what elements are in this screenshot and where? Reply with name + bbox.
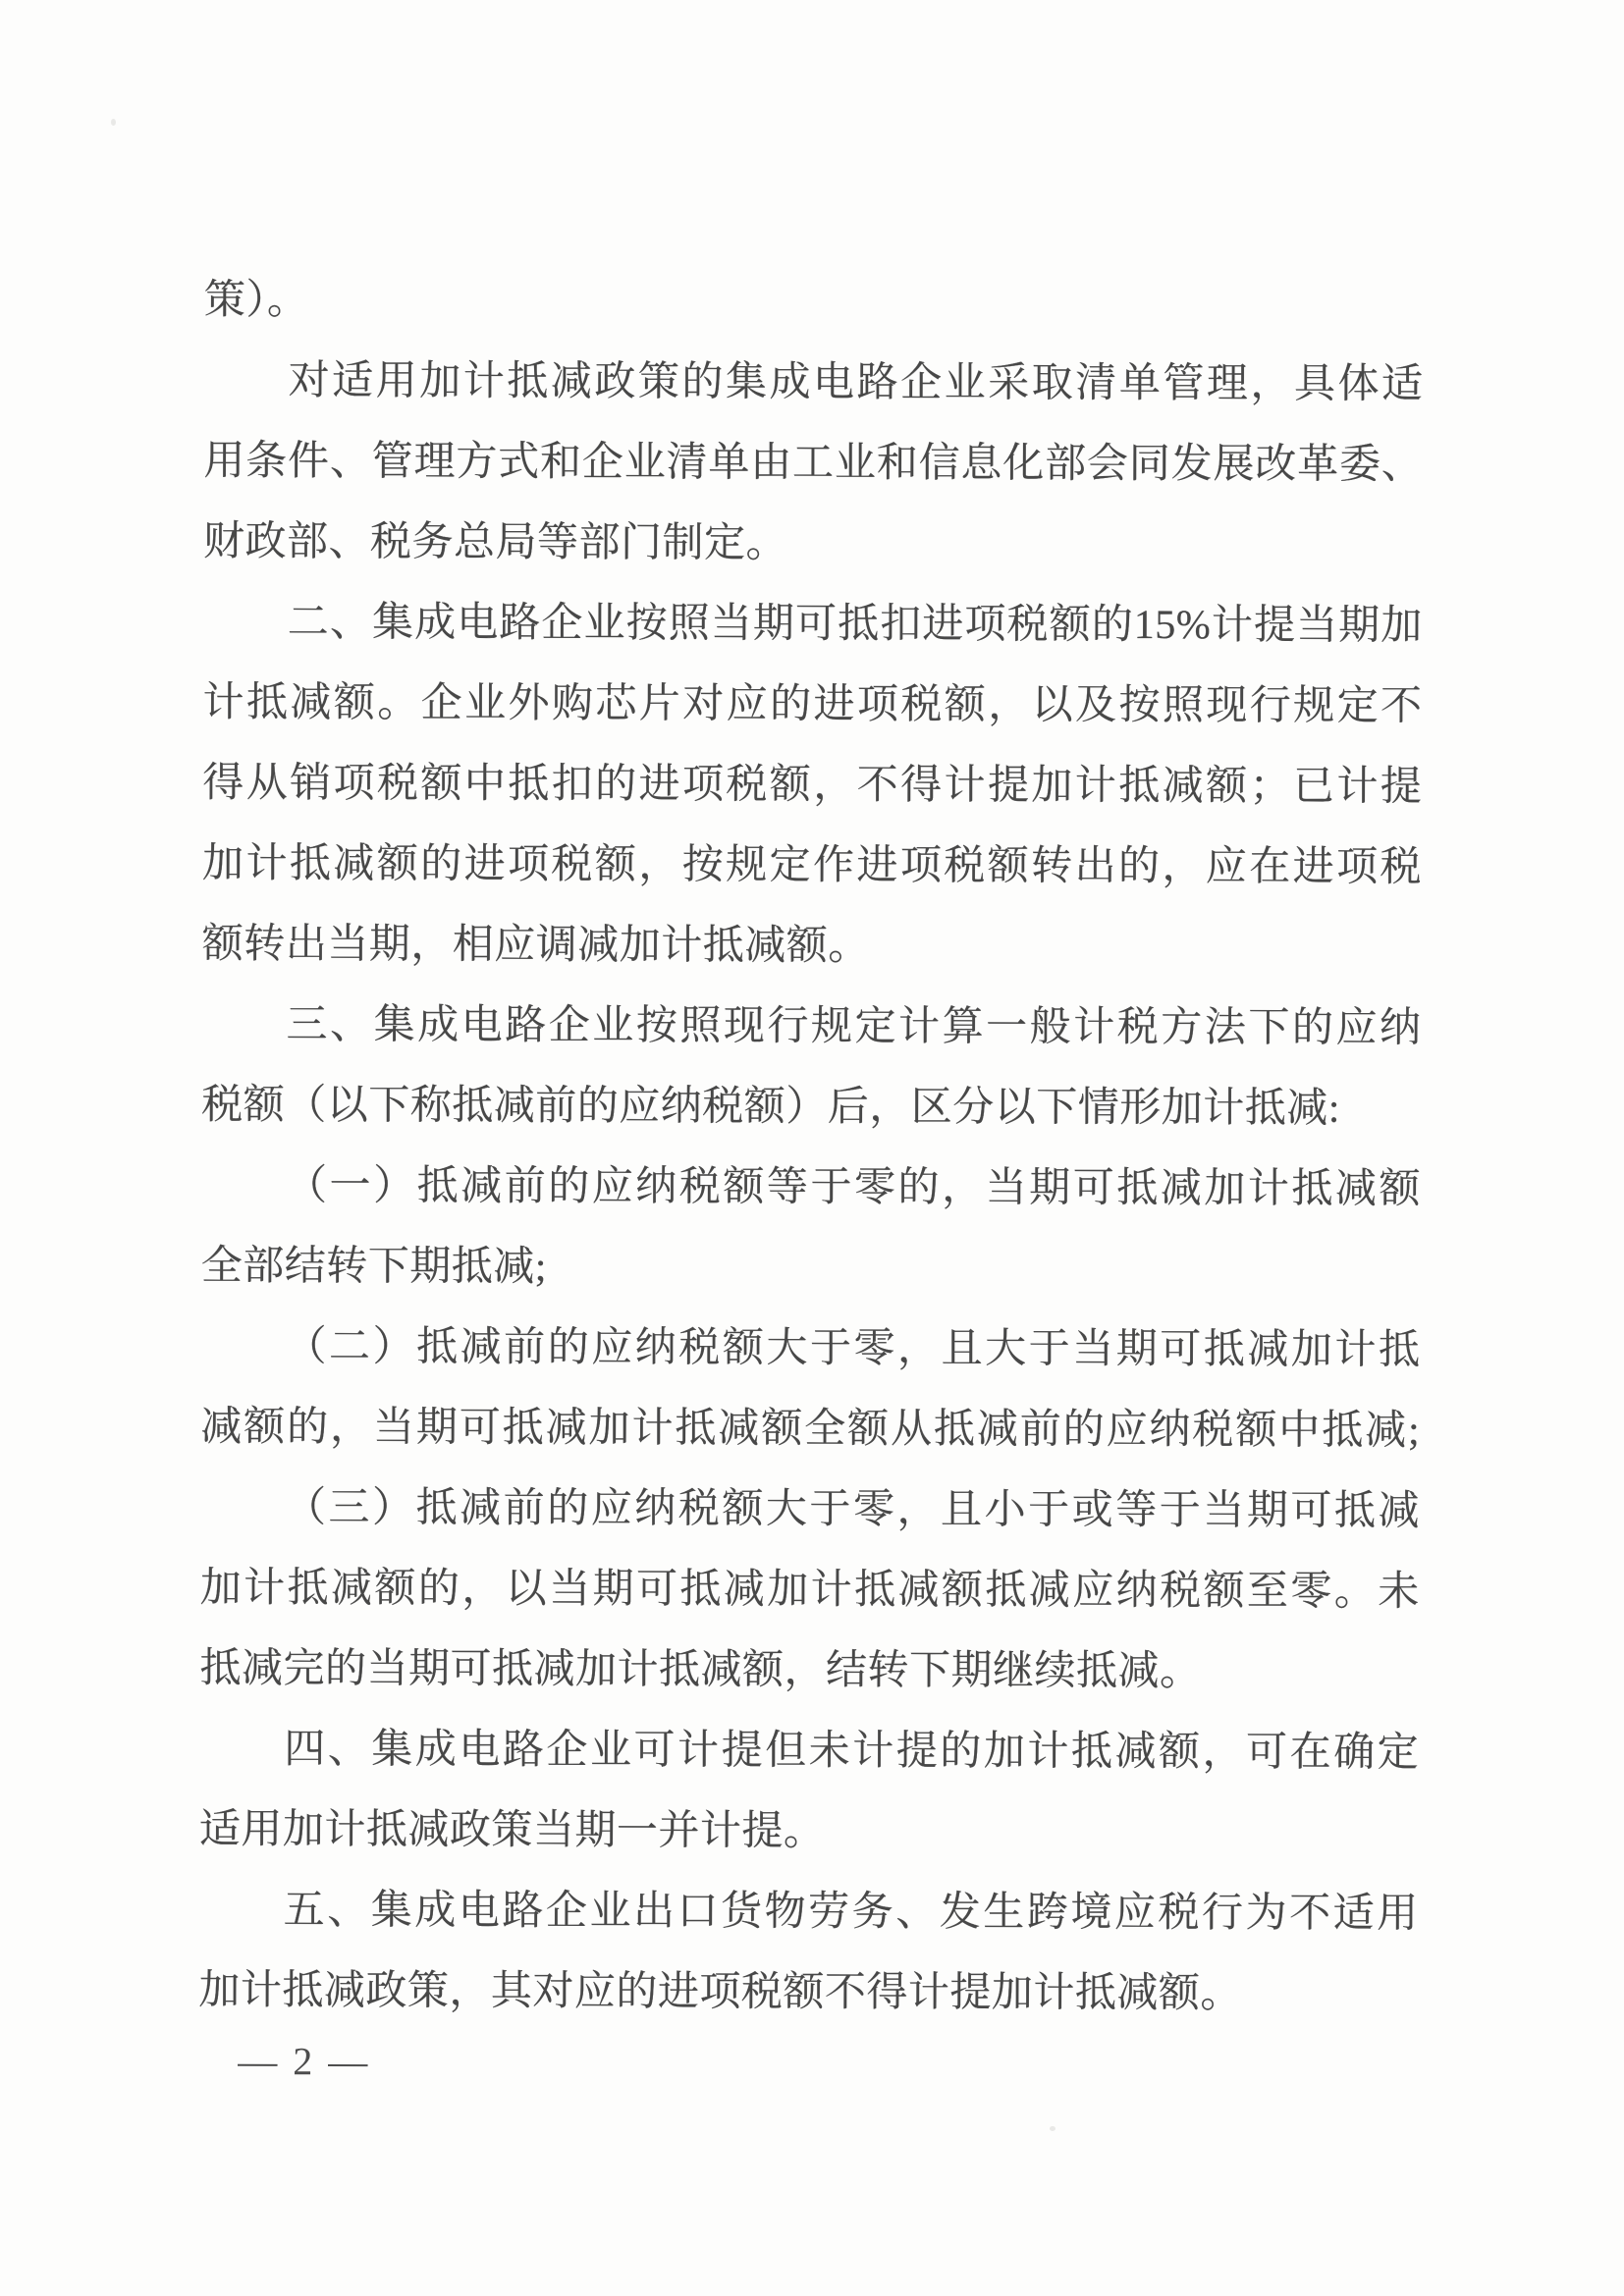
document-line: 全部结转下期抵减;: [201, 1226, 1421, 1310]
document-line: 税额（以下称抵减前的应纳税额）后，区分以下情形加计抵减:: [201, 1065, 1421, 1149]
document-line: 五、集成电路企业出口货物劳务、发生跨境应税行为不适用: [199, 1870, 1419, 1954]
document-line: 三、集成电路企业按照现行规定计算一般计税方法下的应纳: [201, 985, 1421, 1069]
document-line: 加计抵减额的，以当期可抵减加计抵减额抵减应纳税额至零。未: [200, 1548, 1420, 1632]
page-number: — 2 —: [238, 2021, 370, 2102]
document-line: （三）抵减前的应纳税额大于零，且小于或等于当期可抵减: [200, 1468, 1420, 1552]
document-line: 二、集成电路企业按照当期可抵扣进项税额的15%计提当期加: [203, 582, 1423, 667]
scan-speck: [1050, 2126, 1056, 2131]
document-line: 加计抵减政策，其对应的进项税额不得计提加计抵减额。: [198, 1950, 1418, 2035]
document-line: 四、集成电路企业可计提但未计提的加计抵减额，可在确定: [199, 1709, 1419, 1793]
document-line: 抵减完的当期可抵减加计抵减额，结转下期继续抵减。: [199, 1629, 1419, 1713]
document-line: 对适用加计抵减政策的集成电路企业采取清单管理，具体适: [203, 341, 1423, 425]
document-line: 用条件、管理方式和企业清单由工业和信息化部会同发展改革委、: [203, 421, 1423, 506]
document-line: 策）。: [204, 260, 1424, 345]
document-line: 加计抵减额的进项税额，按规定作进项税额转出的，应在进项税: [202, 824, 1422, 908]
document-line: 额转出当期，相应调减加计抵减额。: [202, 904, 1422, 988]
document-line: （一）抵减前的应纳税额等于零的，当期可抵减加计抵减额: [201, 1146, 1421, 1230]
document-line: 适用加计抵减政策当期一并计提。: [199, 1789, 1419, 1874]
document-line: 减额的，当期可抵减加计抵减额全额从抵减前的应纳税额中抵减;: [200, 1387, 1420, 1471]
scan-speck: [111, 119, 116, 126]
document-body-text: 策）。 对适用加计抵减政策的集成电路企业采取清单管理，具体适 用条件、管理方式和…: [198, 260, 1424, 2035]
document-line: 财政部、税务总局等部门制定。: [203, 502, 1423, 586]
document-line: 得从销项税额中抵扣的进项税额，不得计提加计抵减额；已计提: [202, 743, 1422, 828]
scanned-document-page: 策）。 对适用加计抵减政策的集成电路企业采取清单管理，具体适 用条件、管理方式和…: [0, 0, 1624, 2296]
document-line: （二）抵减前的应纳税额大于零，且大于当期可抵减加计抵: [200, 1307, 1420, 1391]
document-line: 计抵减额。企业外购芯片对应的进项税额，以及按照现行规定不: [202, 663, 1422, 747]
